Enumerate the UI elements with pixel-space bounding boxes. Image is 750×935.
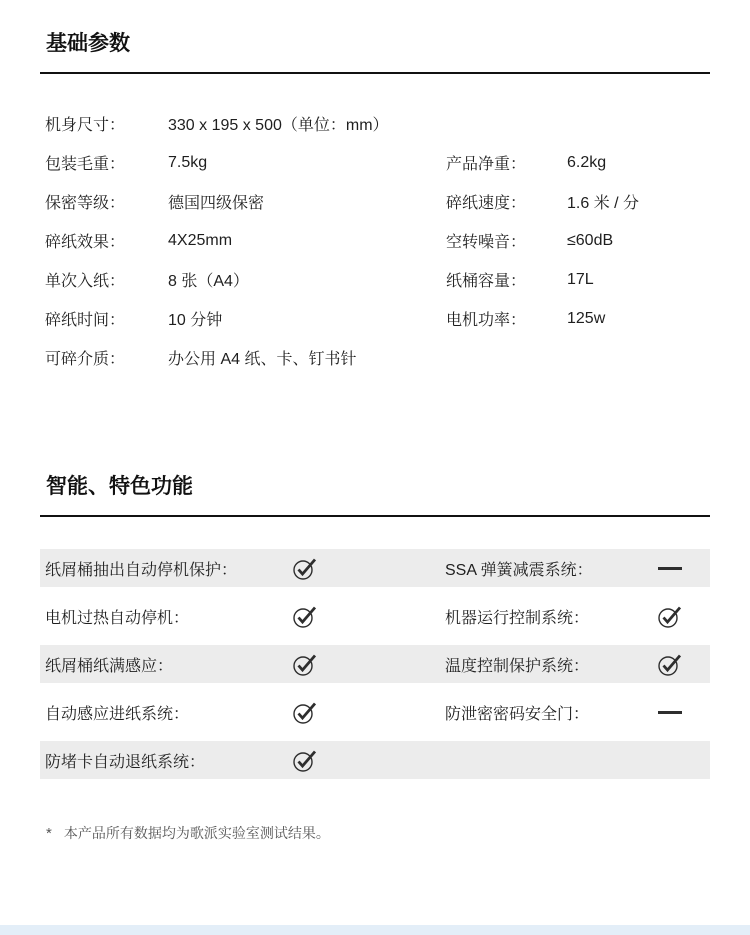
spec-row: 碎纸效果： 4X25mm 空转噪音： ≤60dB — [45, 221, 710, 260]
spec-label: 碎纸效果： — [45, 229, 168, 252]
feature-row: 自动感应进纸系统： 防泄密密码安全门： — [40, 693, 710, 731]
feature-status — [275, 652, 335, 677]
check-circle-icon — [292, 748, 318, 773]
spec-row: 碎纸时间： 10 分钟 电机功率： 125w — [45, 299, 710, 338]
feature-status — [275, 604, 335, 629]
feature-status — [630, 567, 710, 570]
spec-value: 7.5kg — [168, 154, 446, 172]
spec-value: 330 x 195 x 500（单位：mm） — [168, 112, 446, 135]
feature-label: 纸屑桶抽出自动停机保护： — [45, 557, 275, 580]
spec-value: 办公用 A4 纸、卡、钉书针 — [168, 346, 446, 369]
spec-row: 可碎介质： 办公用 A4 纸、卡、钉书针 — [45, 338, 710, 377]
feature-label: 电机过热自动停机： — [45, 605, 275, 628]
spec-page: 基础参数 机身尺寸： 330 x 195 x 500（单位：mm） 包装毛重： … — [0, 0, 750, 843]
basic-spec-table: 机身尺寸： 330 x 195 x 500（单位：mm） 包装毛重： 7.5kg… — [40, 104, 710, 377]
spec-label: 可碎介质： — [45, 346, 168, 369]
section-gap — [40, 377, 710, 475]
spec-label: 碎纸时间： — [45, 307, 168, 330]
feature-row: 电机过热自动停机： 机器运行控制系统： — [40, 597, 710, 635]
feature-label: 机器运行控制系统： — [445, 605, 630, 628]
spec-label: 纸桶容量： — [446, 268, 567, 291]
feature-label: 自动感应进纸系统： — [45, 701, 275, 724]
spec-label: 保密等级： — [45, 190, 168, 213]
footnote-text: 本产品所有数据均为歌派实验室测试结果。 — [64, 823, 330, 843]
feature-row: 纸屑桶抽出自动停机保护： SSA 弹簧减震系统： — [40, 549, 710, 587]
features-section-title: 智能、特色功能 — [40, 475, 710, 499]
feature-status — [630, 711, 710, 714]
feature-status — [275, 700, 335, 725]
feature-row: 防堵卡自动退纸系统： — [40, 741, 710, 779]
feature-status — [630, 652, 710, 677]
check-circle-icon — [292, 556, 318, 581]
feature-status — [275, 748, 335, 773]
feature-status — [630, 604, 710, 629]
bottom-accent-bar — [0, 925, 750, 935]
check-circle-icon — [292, 700, 318, 725]
spec-label: 电机功率： — [446, 307, 567, 330]
feature-label: SSA 弹簧减震系统： — [445, 557, 630, 580]
spec-label: 碎纸速度： — [446, 190, 567, 213]
check-circle-icon — [292, 652, 318, 677]
spec-label: 机身尺寸： — [45, 112, 168, 135]
feature-status — [275, 556, 335, 581]
spec-value: 125w — [567, 310, 710, 328]
spec-row: 保密等级： 德国四级保密 碎纸速度： 1.6 米 / 分 — [45, 182, 710, 221]
footnote-asterisk: * — [46, 825, 52, 842]
feature-label: 纸屑桶纸满感应： — [45, 653, 275, 676]
spec-value: 8 张（A4） — [168, 268, 446, 291]
dash-icon — [658, 567, 682, 570]
features-table: 纸屑桶抽出自动停机保护： SSA 弹簧减震系统： 电机过热自动停机： 机器运行控… — [40, 549, 710, 779]
spec-row: 机身尺寸： 330 x 195 x 500（单位：mm） — [45, 104, 710, 143]
feature-label: 防泄密密码安全门： — [445, 701, 630, 724]
spec-label: 产品净重： — [446, 151, 567, 174]
dash-icon — [658, 711, 682, 714]
feature-label: 防堵卡自动退纸系统： — [45, 749, 275, 772]
check-circle-icon — [657, 652, 683, 677]
spec-label: 单次入纸： — [45, 268, 168, 291]
spec-value: 1.6 米 / 分 — [567, 190, 710, 213]
section-divider — [40, 72, 710, 74]
feature-row: 纸屑桶纸满感应： 温度控制保护系统： — [40, 645, 710, 683]
spec-value: ≤60dB — [567, 232, 710, 250]
basic-section-title: 基础参数 — [40, 0, 710, 56]
footnote: * 本产品所有数据均为歌派实验室测试结果。 — [40, 823, 710, 843]
section-divider — [40, 515, 710, 517]
spec-value: 6.2kg — [567, 154, 710, 172]
spec-value: 10 分钟 — [168, 307, 446, 330]
spec-value: 4X25mm — [168, 232, 446, 250]
check-circle-icon — [657, 604, 683, 629]
feature-label: 温度控制保护系统： — [445, 653, 630, 676]
check-circle-icon — [292, 604, 318, 629]
spec-row: 包装毛重： 7.5kg 产品净重： 6.2kg — [45, 143, 710, 182]
spec-value: 德国四级保密 — [168, 190, 446, 213]
spec-row: 单次入纸： 8 张（A4） 纸桶容量： 17L — [45, 260, 710, 299]
spec-label: 包装毛重： — [45, 151, 168, 174]
spec-label: 空转噪音： — [446, 229, 567, 252]
spec-value: 17L — [567, 271, 710, 289]
